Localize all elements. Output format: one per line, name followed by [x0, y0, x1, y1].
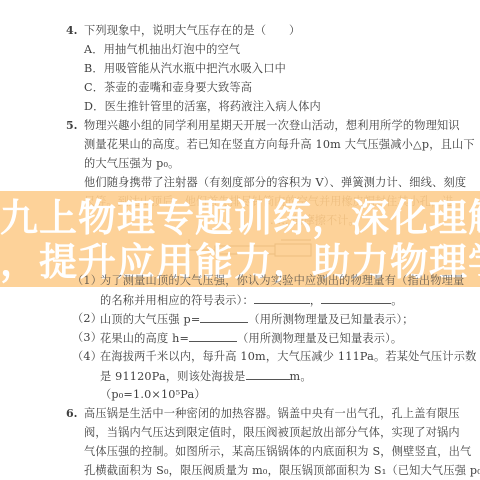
question-6-line-3: 气体压强的控制。如图所示，某高压锅锅体的内底面积为 S，侧壁竖直，出气 — [84, 445, 471, 459]
option-text: 用吸管能从汽水瓶中把汽水吸入口中 — [104, 62, 286, 75]
subquestion-4-line-1: 在海拔两千米以内，每升高 10m，大气压减少 111Pa。若某处气压计示数 — [100, 350, 476, 364]
question-6-line-1: 高压锅是生活中一种密闭的加热容器。锅盖中央有一出气孔，孔上盖有限压 — [84, 407, 460, 421]
subquestion-1-label: （1） — [72, 274, 102, 288]
option-label: B． — [84, 62, 104, 75]
question-6-line-2: 阀，当锅内气压达到限定值时，限压阀被顶起放出部分气体，实现了对锅内 — [84, 426, 460, 440]
subquestion-2: 山顶的大气压强 p=（用所测物理量及已知量表示）； — [100, 312, 414, 327]
question-5-number: 5. — [66, 119, 77, 133]
question-4-option-b: B．用吸管能从汽水瓶中把汽水吸入口中 — [84, 62, 286, 76]
option-text: 用抽气机抽出灯泡中的空气 — [104, 43, 241, 56]
answer-blank-2[interactable] — [321, 293, 391, 304]
answer-blank-pressure[interactable] — [200, 312, 248, 323]
subquestion-2-label: （2） — [72, 312, 102, 326]
answer-blank-height[interactable] — [189, 331, 237, 342]
option-label: C． — [84, 81, 104, 94]
document-page: 4. 下列现象中，说明大气压存在的是（ ） A．用抽气机抽出灯泡中的空气 B．用… — [0, 0, 480, 480]
question-6-number: 6. — [66, 407, 77, 421]
subquestion-4-unit: m。 — [290, 370, 312, 383]
banner-line-1: 九上物理专题训练，深化理解 — [0, 197, 480, 239]
option-label: A． — [84, 43, 104, 56]
question-4-option-a: A．用抽气机抽出灯泡中的空气 — [84, 43, 240, 57]
option-label: D． — [84, 100, 105, 113]
subquestion-3: 花果山的高度 h=（用所测物理量及已知量表示）。 — [100, 331, 402, 346]
subquestion-1-line-2: 的名称并用相应的符号表示）：，。 — [100, 293, 403, 308]
subquestion-2-note: （用所测物理量及已知量表示）； — [248, 313, 413, 326]
given-constant: （p₀=1.0×10⁵Pa） — [100, 388, 206, 402]
question-4-number: 4. — [66, 24, 77, 38]
subquestion-4-text: 是 91120Pa，则该处海拔是 — [100, 370, 246, 383]
subquestion-1-line-1: 为了测量山顶的大气压强，你认为实验中应测出的物理量有（指出物理量 — [100, 274, 464, 288]
subquestion-4-label: （4） — [72, 350, 102, 364]
question-5-line-3: 的大气压强为 p₀。 — [84, 157, 180, 171]
question-5-line-4: 他们随身携带了注射器（有刻度部分的容积为 V）、弹簧测力计、细线、刻度 — [84, 176, 466, 190]
question-6-line-4: 孔横截面积为 S₀，限压阀质量为 m₀，限压锅顶部面积为 S₁（已知大气压强 p… — [84, 464, 480, 478]
question-5-line-2: 测量花果山的高度。若已知在竖直方向每升高 10m 大气压强减小△p，且山下 — [84, 138, 475, 152]
question-5-line-1: 物理兴趣小组的同学利用星期天开展一次登山活动，想利用所学的物理知识 — [84, 119, 460, 133]
question-4-option-c: C．茶壶的壶嘴和壶身要大致等高 — [84, 81, 252, 95]
question-4-stem: 下列现象中，说明大气压存在的是（ ） — [84, 24, 300, 38]
option-text: 茶壶的壶嘴和壶身要大致等高 — [104, 81, 252, 94]
subquestion-3-text: 花果山的高度 h= — [100, 332, 189, 345]
answer-blank-1[interactable] — [254, 293, 310, 304]
promo-banner: 九上物理专题训练，深化理解 ，提升应用能力，助力物理学 — [0, 191, 480, 287]
subquestion-4-line-2: 是 91120Pa，则该处海拔是m。 — [100, 369, 312, 384]
subquestion-1-text: 的名称并用相应的符号表示）： — [100, 294, 254, 307]
subquestion-3-note: （用所测物理量及已知量表示）。 — [237, 332, 402, 345]
option-text: 医生推针管里的活塞，将药液注入病人体内 — [105, 100, 321, 113]
subquestion-2-text: 山顶的大气压强 p= — [100, 313, 200, 326]
answer-blank-altitude[interactable] — [246, 369, 290, 380]
question-4-option-d: D．医生推针管里的活塞，将药液注入病人体内 — [84, 100, 321, 114]
subquestion-3-label: （3） — [72, 331, 102, 345]
